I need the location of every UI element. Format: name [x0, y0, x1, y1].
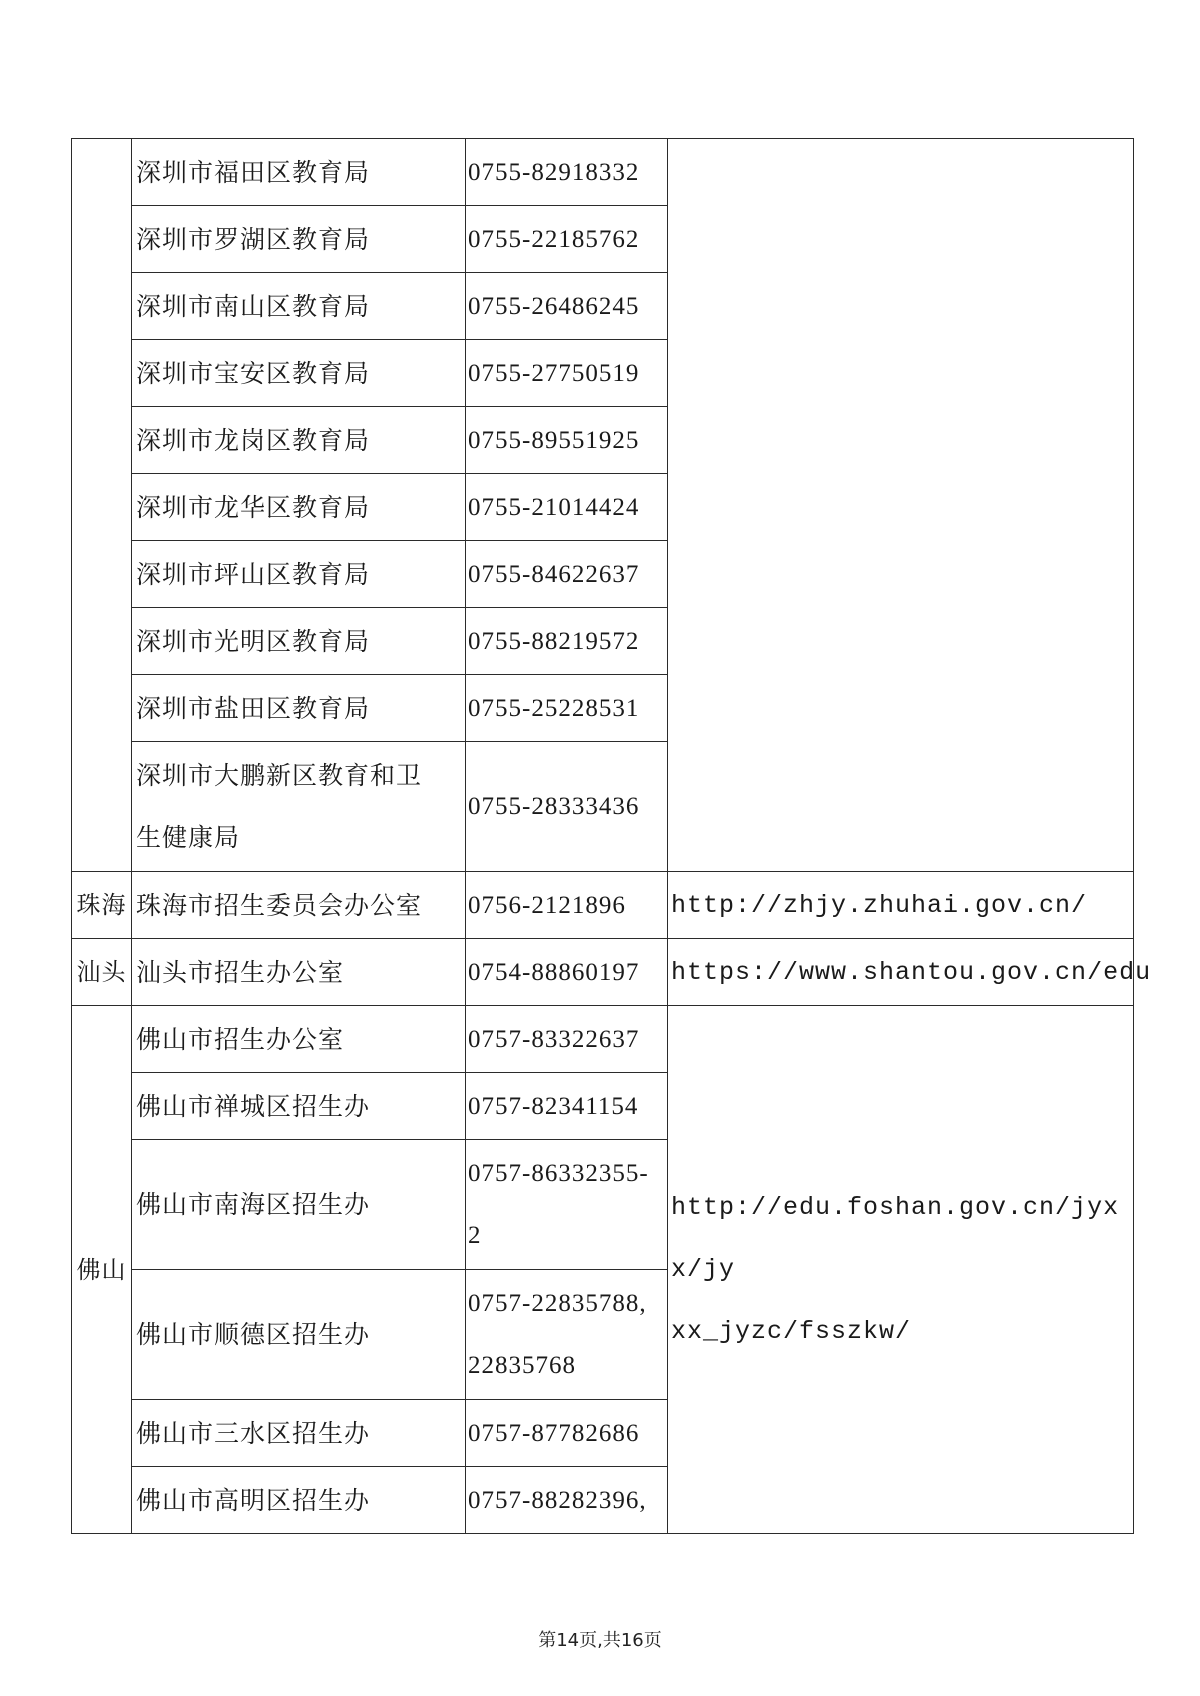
office-cell: 深圳市盐田区教育局: [132, 675, 466, 742]
phone-line-1: 0757-86332355-: [468, 1143, 663, 1205]
phone-cell: 0755-21014424: [466, 474, 668, 541]
phone-cell: 0755-28333436: [466, 742, 668, 872]
table-row: 深圳市福田区教育局 0755-82918332: [72, 139, 1134, 206]
phone-cell: 0757-83322637: [466, 1006, 668, 1073]
office-cell: 汕头市招生办公室: [132, 939, 466, 1006]
phone-cell: 0754-88860197: [466, 939, 668, 1006]
office-cell: 深圳市坪山区教育局: [132, 541, 466, 608]
phone-cell: 0757-22835788, 22835768: [466, 1270, 668, 1400]
office-cell: 深圳市福田区教育局: [132, 139, 466, 206]
office-cell: 深圳市光明区教育局: [132, 608, 466, 675]
phone-cell: 0755-27750519: [466, 340, 668, 407]
admissions-contact-table: 深圳市福田区教育局 0755-82918332 深圳市罗湖区教育局 0755-2…: [71, 138, 1134, 1534]
page-number: 第14页,共16页: [0, 1626, 1200, 1652]
phone-cell: 0755-25228531: [466, 675, 668, 742]
office-cell: 深圳市龙华区教育局: [132, 474, 466, 541]
table-row: 珠海 珠海市招生委员会办公室 0756-2121896 http://zhjy.…: [72, 872, 1134, 939]
phone-line-2: 2: [468, 1205, 663, 1267]
office-cell: 佛山市三水区招生办: [132, 1400, 466, 1467]
website-link-zhuhai[interactable]: http://zhjy.zhuhai.gov.cn/: [668, 872, 1134, 939]
phone-cell: 0755-84622637: [466, 541, 668, 608]
city-cell-foshan: 佛山: [72, 1006, 132, 1534]
table-row: 佛山 佛山市招生办公室 0757-83322637 http://edu.fos…: [72, 1006, 1134, 1073]
website-line-1[interactable]: http://edu.foshan.gov.cn/jyxx/jy: [671, 1177, 1129, 1301]
office-cell: 珠海市招生委员会办公室: [132, 872, 466, 939]
office-cell: 佛山市禅城区招生办: [132, 1073, 466, 1140]
phone-cell: 0755-89551925: [466, 407, 668, 474]
office-cell: 佛山市招生办公室: [132, 1006, 466, 1073]
office-cell: 佛山市南海区招生办: [132, 1140, 466, 1270]
office-line-1: 深圳市大鹏新区教育和卫: [136, 745, 461, 807]
website-line-2[interactable]: xx_jyzc/fsszkw/: [671, 1301, 1129, 1363]
office-cell: 佛山市顺德区招生办: [132, 1270, 466, 1400]
phone-cell: 0757-82341154: [466, 1073, 668, 1140]
website-cell-shenzhen: [668, 139, 1134, 872]
website-link-shantou[interactable]: https://www.shantou.gov.cn/edu: [668, 939, 1134, 1006]
phone-cell: 0755-22185762: [466, 206, 668, 273]
document-page: 深圳市福田区教育局 0755-82918332 深圳市罗湖区教育局 0755-2…: [0, 0, 1200, 1696]
city-cell-zhuhai: 珠海: [72, 872, 132, 939]
office-cell: 深圳市大鹏新区教育和卫 生健康局: [132, 742, 466, 872]
city-cell-shantou: 汕头: [72, 939, 132, 1006]
website-link-foshan[interactable]: http://edu.foshan.gov.cn/jyxx/jy xx_jyzc…: [668, 1006, 1134, 1534]
phone-cell: 0756-2121896: [466, 872, 668, 939]
office-cell: 深圳市龙岗区教育局: [132, 407, 466, 474]
city-cell-shenzhen: [72, 139, 132, 872]
phone-cell: 0755-26486245: [466, 273, 668, 340]
phone-cell: 0755-82918332: [466, 139, 668, 206]
office-cell: 深圳市罗湖区教育局: [132, 206, 466, 273]
phone-cell: 0757-88282396,: [466, 1467, 668, 1534]
office-cell: 佛山市高明区招生办: [132, 1467, 466, 1534]
table-row: 汕头 汕头市招生办公室 0754-88860197 https://www.sh…: [72, 939, 1134, 1006]
office-line-2: 生健康局: [136, 807, 461, 869]
phone-line-1: 0757-22835788,: [468, 1273, 663, 1335]
phone-cell: 0755-88219572: [466, 608, 668, 675]
phone-cell: 0757-86332355- 2: [466, 1140, 668, 1270]
office-cell: 深圳市南山区教育局: [132, 273, 466, 340]
office-cell: 深圳市宝安区教育局: [132, 340, 466, 407]
phone-line-2: 22835768: [468, 1335, 663, 1397]
phone-cell: 0757-87782686: [466, 1400, 668, 1467]
